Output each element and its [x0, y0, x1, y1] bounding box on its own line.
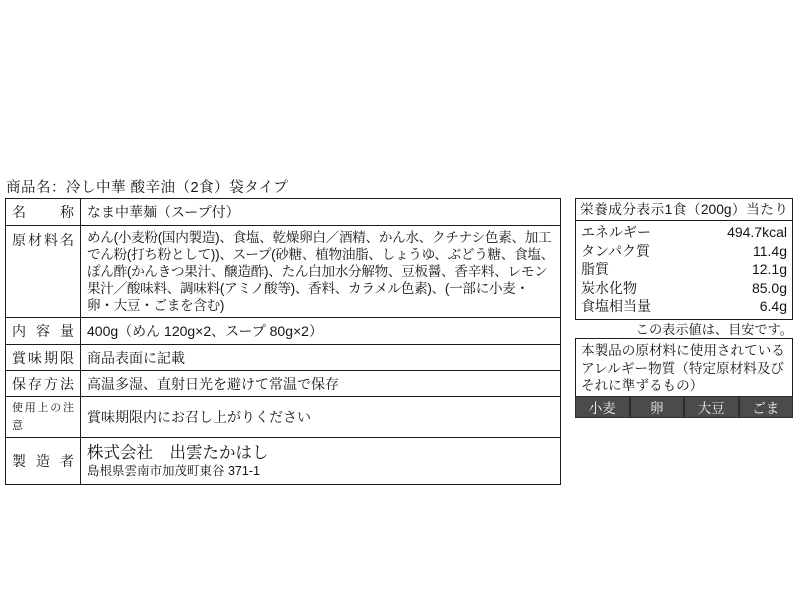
spec-value-name: なま中華麺（スープ付） — [81, 199, 561, 226]
spec-label-manufacturer: 製造者 — [6, 438, 81, 485]
nutrition-value: 12.1g — [752, 260, 787, 279]
spec-label-name: 名称 — [6, 199, 81, 226]
product-name-line: 商品名：冷し中華 酸辛油（2食）袋タイプ — [6, 176, 288, 197]
spec-value-best-before: 商品表面に記載 — [81, 345, 561, 371]
table-row: 保存方法 高温多湿、直射日光を避けて常温で保存 — [6, 371, 561, 397]
nutrition-title: 栄養成分表示1食（200g）当たり — [576, 199, 792, 221]
nutrition-value: 494.7kcal — [727, 223, 787, 242]
spec-value-manufacturer: 株式会社 出雲たかはし 島根県雲南市加茂町東谷 371-1 — [81, 438, 561, 485]
nutrition-rows: エネルギー 494.7kcal タンパク質 11.4g 脂質 12.1g 炭水化… — [576, 221, 792, 319]
product-label-page: 商品名：冷し中華 酸辛油（2食）袋タイプ 名称 なま中華麺（スープ付） 原材料名… — [0, 0, 800, 600]
manufacturer-address: 島根県雲南市加茂町東谷 371-1 — [87, 464, 554, 479]
table-row: 原材料名 めん(小麦粉(国内製造)、食塩、乾燥卵白／酒精、かん水、クチナシ色素、… — [6, 226, 561, 318]
nutrition-row-carbohydrate: 炭水化物 85.0g — [576, 279, 792, 298]
spec-label-best-before: 賞味期限 — [6, 345, 81, 371]
manufacturer-name: 株式会社 出雲たかはし — [87, 443, 554, 464]
allergen-item-egg: 卵 — [631, 397, 684, 417]
nutrition-note: この表示値は、目安です。 — [575, 319, 793, 338]
nutrition-value: 11.4g — [753, 242, 787, 261]
nutrition-label: 炭水化物 — [581, 279, 637, 298]
table-row: 製造者 株式会社 出雲たかはし 島根県雲南市加茂町東谷 371-1 — [6, 438, 561, 485]
nutrition-row-salt: 食塩相当量 6.4g — [576, 297, 792, 316]
allergen-items-strip: 小麦 卵 大豆 ごま — [575, 396, 793, 418]
nutrition-row-fat: 脂質 12.1g — [576, 260, 792, 279]
nutrition-label: タンパク質 — [581, 242, 650, 261]
nutrition-row-energy: エネルギー 494.7kcal — [576, 223, 792, 242]
nutrition-value: 85.0g — [752, 279, 787, 298]
spec-value-usage-note: 賞味期限内にお召し上がりください — [81, 397, 561, 438]
spec-label-net-content: 内容量 — [6, 318, 81, 345]
table-row: 使用上の注意 賞味期限内にお召し上がりください — [6, 397, 561, 438]
spec-label-storage: 保存方法 — [6, 371, 81, 397]
allergen-item-sesame: ごま — [740, 397, 793, 417]
allergen-description-box: 本製品の原材料に使用されているアレルギー物質（特定原材料及びそれに準ずるもの） — [575, 338, 793, 399]
nutrition-row-protein: タンパク質 11.4g — [576, 242, 792, 261]
table-row: 内容量 400g（めん 120g×2、スープ 80g×2） — [6, 318, 561, 345]
spec-value-ingredients: めん(小麦粉(国内製造)、食塩、乾燥卵白／酒精、かん水、クチナシ色素、加工でん粉… — [81, 226, 561, 318]
nutrition-label: 食塩相当量 — [581, 297, 651, 316]
nutrition-label: 脂質 — [581, 260, 609, 279]
spec-value-storage: 高温多湿、直射日光を避けて常温で保存 — [81, 371, 561, 397]
spec-label-ingredients: 原材料名 — [6, 226, 81, 318]
nutrition-table: 栄養成分表示1食（200g）当たり エネルギー 494.7kcal タンパク質 … — [575, 198, 793, 320]
allergen-item-wheat: 小麦 — [576, 397, 629, 417]
spec-value-net-content: 400g（めん 120g×2、スープ 80g×2） — [81, 318, 561, 345]
allergen-item-soy: 大豆 — [685, 397, 738, 417]
spec-label-usage-note: 使用上の注意 — [6, 397, 81, 438]
spec-table: 名称 なま中華麺（スープ付） 原材料名 めん(小麦粉(国内製造)、食塩、乾燥卵白… — [5, 198, 561, 485]
table-row: 名称 なま中華麺（スープ付） — [6, 199, 561, 226]
nutrition-label: エネルギー — [581, 223, 651, 242]
nutrition-value: 6.4g — [760, 297, 787, 316]
table-row: 賞味期限 商品表面に記載 — [6, 345, 561, 371]
